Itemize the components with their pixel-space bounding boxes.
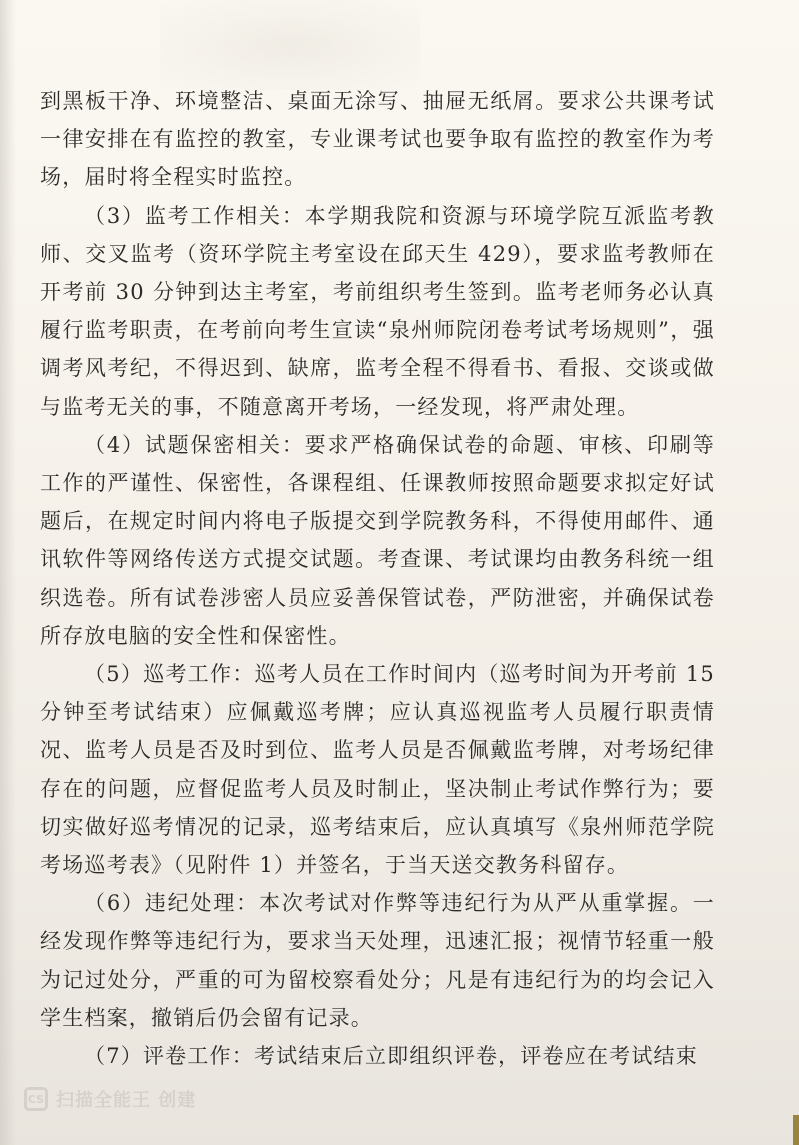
paragraph-continuation: 到黑板干净、环境整洁、桌面无涂写、抽屉无纸屑。要求公共课考试一律安排在有监控的教… — [40, 82, 715, 197]
paragraph-discipline: （6）违纪处理：本次考试对作弊等违纪行为从严从重掌握。一经发现作弊等违纪行为，要… — [40, 884, 715, 1037]
document-page: 到黑板干净、环境整洁、桌面无涂写、抽屉无纸屑。要求公共课考试一律安排在有监控的教… — [40, 82, 715, 1075]
watermark-text: 扫描全能王 创建 — [56, 1086, 196, 1112]
paragraph-invigilation: （3）监考工作相关：本学期我院和资源与环境学院互派监考教师、交叉监考（资环学院主… — [40, 197, 715, 426]
photo-edge-background — [793, 1115, 799, 1145]
scanner-watermark: CS 扫描全能王 创建 — [24, 1086, 196, 1112]
page-edge-shadow — [0, 0, 16, 1145]
paragraph-exam-confidentiality: （4）试题保密相关：要求严格确保试卷的命题、审核、印刷等工作的严谨性、保密性，各… — [40, 426, 715, 655]
paragraph-grading: （7）评卷工作：考试结束后立即组织评卷，评卷应在考试结束 — [40, 1037, 715, 1075]
paragraph-inspection: （5）巡考工作：巡考人员在工作时间内（巡考时间为开考前 15 分钟至考试结束）应… — [40, 655, 715, 884]
camscanner-logo-icon: CS — [24, 1087, 48, 1111]
light-glare — [160, 0, 420, 90]
